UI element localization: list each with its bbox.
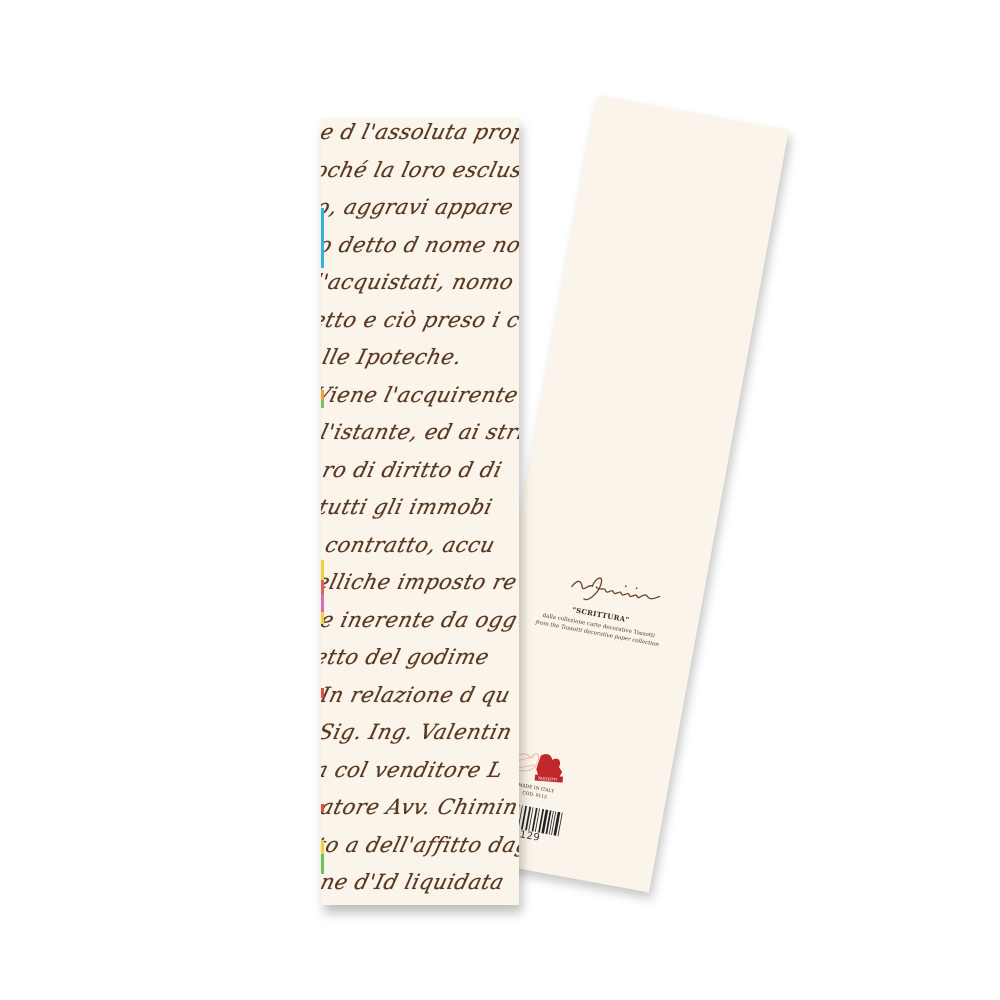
- edge-color-strip: [321, 594, 324, 612]
- edge-color-strip: [321, 854, 324, 874]
- edge-color-strip: [321, 804, 324, 812]
- edge-color-strip: [321, 840, 324, 854]
- edge-color-strip: [321, 390, 324, 400]
- script-line: tutti gli immobi: [321, 495, 495, 519]
- edge-color-strip: [321, 560, 324, 580]
- script-line: a col venditore L: [321, 758, 506, 782]
- script-line: Sig. Ing. Valentin: [321, 720, 515, 744]
- edge-color-strip: [321, 580, 324, 594]
- script-line: etto del godime: [321, 645, 492, 669]
- svg-text:TASSOTTI: TASSOTTI: [537, 776, 557, 783]
- script-line: - contratto, accu: [321, 533, 498, 557]
- script-line: etto e ciò preso i co: [321, 308, 519, 332]
- script-line: Viene l'acquirente: [321, 383, 519, 407]
- script-line: In relazione d qu: [321, 683, 513, 707]
- script-line: lle Ipoteche.: [321, 345, 465, 369]
- script-line: atore Avv. Chimin: [321, 795, 519, 819]
- script-line: l'istante, ed ai stri: [321, 420, 519, 444]
- script-line: elliche imposto re: [321, 570, 519, 594]
- script-line: o detto d nome no: [321, 233, 519, 257]
- edge-color-strip: [321, 400, 324, 408]
- script-line: ne d'Id liquidata: [321, 870, 507, 894]
- script-line: l'acquistati, nomo: [321, 270, 516, 294]
- edge-color-strip: [321, 208, 324, 268]
- script-line: to a dell'affitto dagl: [321, 833, 519, 857]
- edge-color-strip: [321, 612, 324, 624]
- script-line: e inerente da ogg: [321, 608, 519, 632]
- edge-color-strip: [321, 688, 324, 698]
- script-line: oché la loro esclus: [321, 158, 519, 182]
- script-line: e d l'assoluta propri: [321, 120, 519, 144]
- script-line: ro di diritto d di: [321, 458, 505, 482]
- bookmark-front: e d l'assoluta proprioché la loro esclus…: [321, 118, 519, 905]
- script-line: o, aggravi appare: [321, 195, 516, 219]
